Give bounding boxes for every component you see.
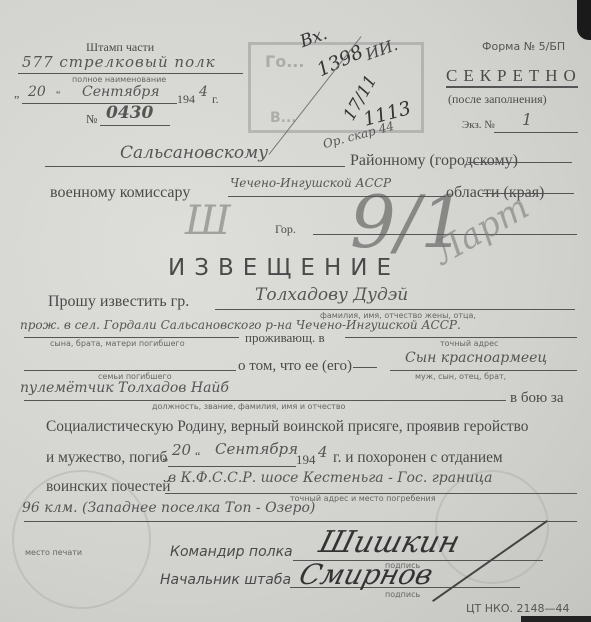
death-year-suffix: 4	[318, 443, 328, 461]
stamp-fragment-1: Го...	[265, 52, 304, 71]
edge-shadow	[521, 616, 591, 622]
document-title: ИЗВЕЩЕНИЕ	[168, 255, 400, 281]
death-month-field: Сентября	[215, 440, 298, 458]
relation-caption: сына, брата, матери погибшего	[50, 339, 185, 348]
burial-line-2	[24, 521, 577, 522]
soldier-field: пулемётчик Толхадов Найб	[20, 380, 229, 396]
death-year-prefix: 194	[296, 452, 316, 468]
date-year-suffix: 4	[199, 84, 208, 100]
district-line	[45, 166, 345, 167]
body-text-line-2b: г. и похоронен с отданием	[333, 449, 503, 467]
form-number-label: Форма № 5/БП	[482, 40, 565, 53]
recipient-line	[215, 309, 575, 310]
secret-underline	[446, 86, 578, 88]
number-field: 0430	[106, 103, 153, 123]
relation-type-caption: муж, сын, отец, брат,	[415, 372, 506, 381]
copy-label: Экз. №	[462, 119, 495, 131]
request-label: Прошу известить гр.	[48, 293, 189, 311]
city-label: Гор.	[275, 222, 296, 237]
chief-label: Начальник штаба	[160, 572, 291, 588]
notice-document: Го... В... Штамп части 577 стрелковый по…	[0, 0, 591, 622]
soldier-line	[24, 400, 506, 401]
address-line	[345, 337, 577, 338]
number-label: №	[86, 112, 97, 127]
strike-ego	[353, 367, 377, 368]
pencil-scribble-left: Ш	[185, 198, 231, 244]
commander-label: Командир полка	[170, 544, 293, 560]
district-label: Районному (городскому)	[350, 152, 518, 170]
date-line	[22, 103, 177, 104]
district-field: Сальсановскому	[120, 143, 268, 163]
commissar-label: военному комиссару	[50, 184, 190, 202]
secret-label: СЕКРЕТНО	[446, 66, 582, 86]
residence-field: прож. в сел. Гордали Сальсановского р-на…	[20, 318, 461, 332]
seal-place-label: место печати	[25, 548, 82, 557]
honors-label: воинских почестей	[46, 478, 171, 496]
unit-line	[18, 73, 243, 74]
unit-name-field: 577 стрелковый полк	[22, 53, 216, 71]
strike-region	[482, 193, 574, 194]
that-label: о том, что ее (его)	[238, 358, 352, 375]
death-open-quote: „	[162, 449, 168, 465]
burial-field-1: в К.Ф.С.С.Р. шосе Кестеньга - Гос. грани…	[168, 470, 492, 486]
copy-line	[494, 132, 578, 133]
strike-gorodskomu	[468, 162, 572, 163]
relation-type-line	[390, 370, 577, 371]
recipient-field: Толхадову Дудэй	[255, 285, 408, 305]
unit-caption: полное наименование	[72, 75, 166, 84]
date-close-quote: “	[56, 90, 60, 101]
death-day-field: 20	[172, 441, 191, 459]
relation-field: Сын красноармеец	[405, 350, 547, 366]
soldier-caption: должность, звание, фамилия, имя и отчест…	[152, 402, 345, 411]
number-line	[100, 125, 170, 126]
relation-line	[24, 337, 239, 338]
body-text-line-2a: и мужество, погиб	[46, 449, 167, 467]
date-day-field: 20	[28, 84, 46, 100]
date-open-quote: „	[14, 86, 19, 101]
signature-caption-2: подпись	[385, 590, 420, 599]
commander-signature: Шишкин	[315, 525, 463, 560]
print-code: ЦТ НКО. 2148—44	[466, 602, 569, 615]
secret-caption: (после заполнения)	[448, 92, 547, 107]
date-year-prefix: 194	[177, 92, 195, 107]
date-year-g: г.	[212, 92, 219, 107]
chief-signature: Смирнов	[296, 558, 437, 591]
death-date-line	[168, 466, 296, 467]
torn-corner	[577, 0, 591, 40]
death-close-quote: “	[195, 449, 200, 464]
residing-label: проживающ. в	[245, 330, 325, 346]
body-text-line-1: Социалистическую Родину, верный воинской…	[46, 418, 529, 436]
in-battle-label: в бою за	[510, 390, 564, 407]
family-line	[24, 370, 236, 371]
copy-field: 1	[522, 110, 532, 129]
burial-field-2: 96 клм. (Западнее поселка Топ - Озеро)	[22, 500, 315, 516]
date-month-field: Сентября	[82, 84, 160, 100]
address-caption: точный адрес	[440, 339, 498, 348]
